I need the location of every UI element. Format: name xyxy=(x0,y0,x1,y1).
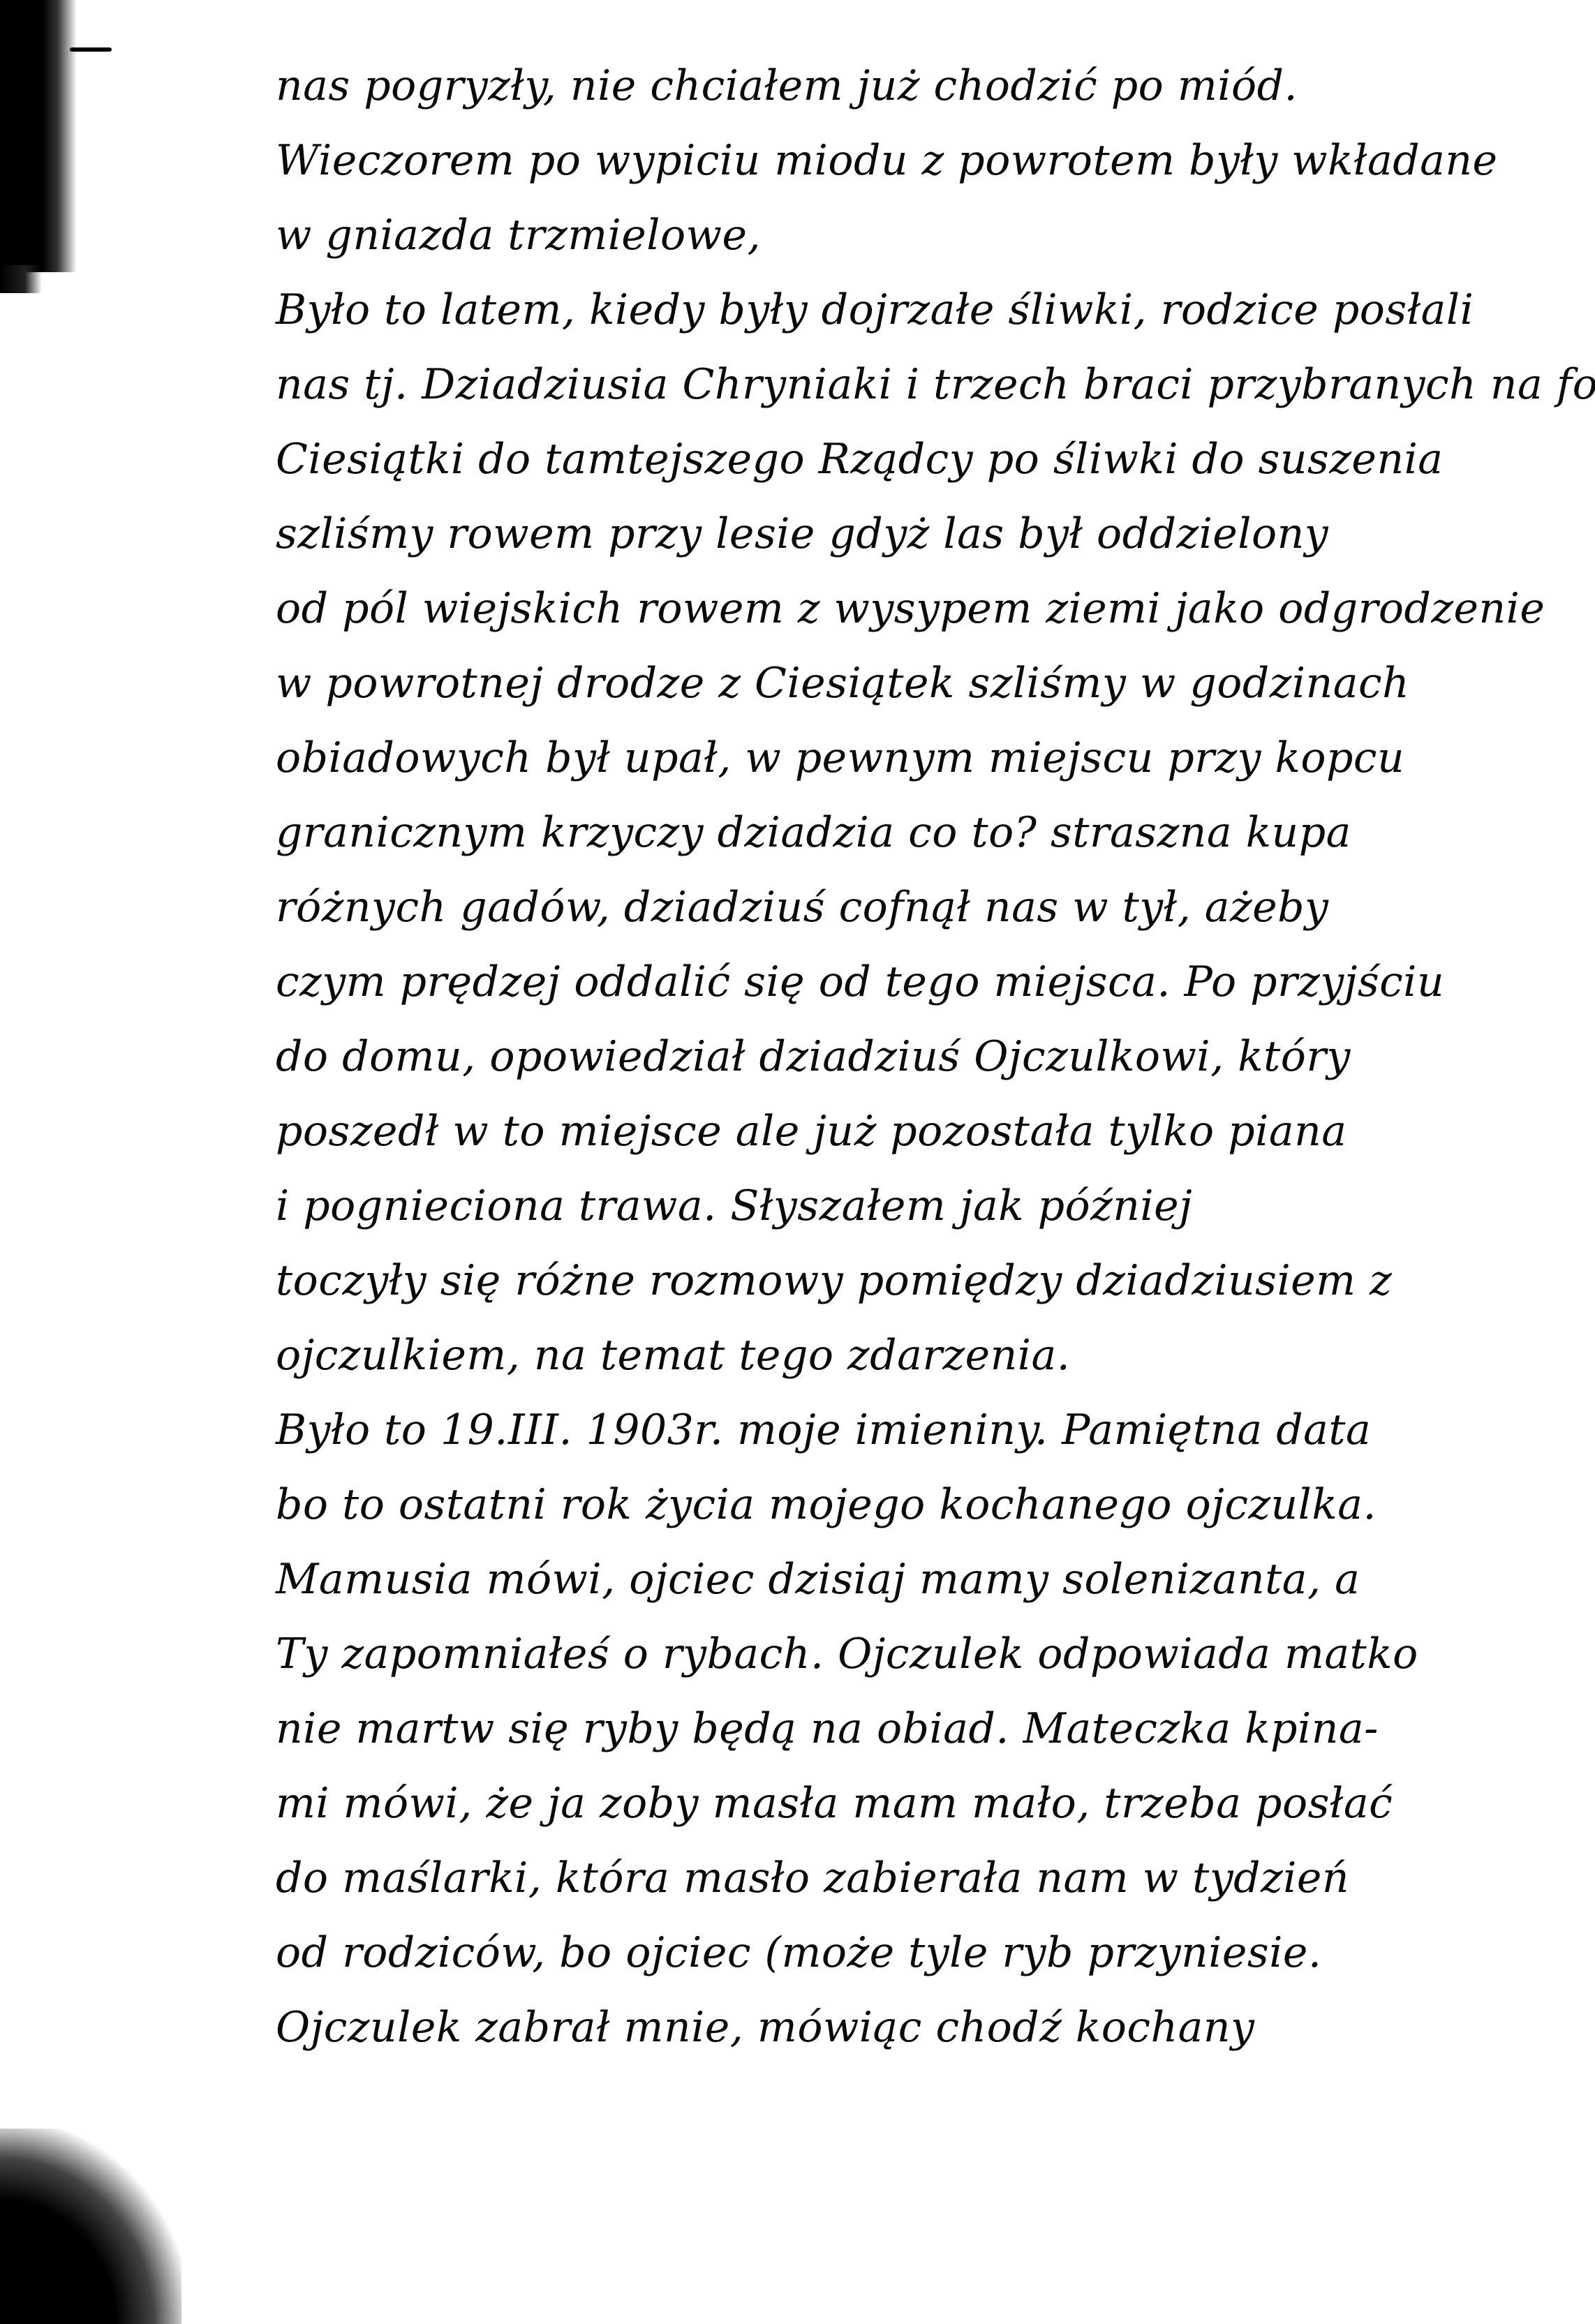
text-line: od pól wiejskich rowem z wysypem ziemi j… xyxy=(276,572,1553,646)
text-line: obiadowych był upał, w pewnym miejscu pr… xyxy=(276,721,1553,796)
text-line: w gniazda trzmielowe, xyxy=(276,198,1553,273)
handwritten-text-block: nas pogryzły, nie chciałem już chodzić p… xyxy=(276,49,1553,2065)
text-line: Ty zapomniałeś o rybach. Ojczulek odpowi… xyxy=(276,1617,1553,1692)
text-line: nas tj. Dziadziusia Chryniaki i trzech b… xyxy=(276,348,1553,422)
text-line: nie martw się ryby będą na obiad. Matecz… xyxy=(276,1692,1553,1766)
scan-shadow-edge-mid xyxy=(0,265,42,293)
text-line: mi mówi, że ja zoby masła mam mało, trze… xyxy=(276,1766,1553,1841)
text-line: nas pogryzły, nie chciałem już chodzić p… xyxy=(276,49,1553,124)
text-line: Ciesiątki do tamtejszego Rządcy po śliwk… xyxy=(276,422,1553,497)
scan-shadow-edge-top xyxy=(0,0,77,272)
text-line: bo to ostatni rok życia mojego kochanego… xyxy=(276,1468,1553,1542)
manuscript-page: nas pogryzły, nie chciałem już chodzić p… xyxy=(0,0,1595,2324)
text-line: Było to latem, kiedy były dojrzałe śliwk… xyxy=(276,273,1553,348)
text-line: ojczulkiem, na temat tego zdarzenia. xyxy=(276,1318,1553,1393)
text-line: granicznym krzyczy dziadzia co to? stras… xyxy=(276,796,1553,870)
text-line: czym prędzej oddalić się od tego miejsca… xyxy=(276,945,1553,1020)
text-line: w powrotnej drodze z Ciesiątek szliśmy w… xyxy=(276,646,1553,721)
text-line: szliśmy rowem przy lesie gdyż las był od… xyxy=(276,497,1553,572)
text-line: różnych gadów, dziadziuś cofnął nas w ty… xyxy=(276,870,1553,945)
text-line: od rodziców, bo ojciec (może tyle ryb pr… xyxy=(276,1916,1553,1990)
text-line: Mamusia mówi, ojciec dzisiaj mamy soleni… xyxy=(276,1542,1553,1617)
text-line: i pognieciona trawa. Słyszałem jak późni… xyxy=(276,1169,1553,1244)
text-line: Wieczorem po wypiciu miodu z powrotem by… xyxy=(276,124,1553,198)
text-line: Było to 19.III. 1903r. moje imieniny. Pa… xyxy=(276,1393,1553,1468)
text-line: do domu, opowiedział dziadziuś Ojczulkow… xyxy=(276,1020,1553,1094)
text-line: poszedł w to miejsce ale już pozostała t… xyxy=(276,1094,1553,1169)
scan-shadow-edge-bottom xyxy=(0,2129,181,2324)
text-line: toczyły się różne rozmowy pomiędzy dziad… xyxy=(276,1244,1553,1318)
margin-mark xyxy=(70,47,112,52)
text-line: Ojczulek zabrał mnie, mówiąc chodź kocha… xyxy=(276,1990,1553,2065)
text-line: do maślarki, która masło zabierała nam w… xyxy=(276,1841,1553,1916)
